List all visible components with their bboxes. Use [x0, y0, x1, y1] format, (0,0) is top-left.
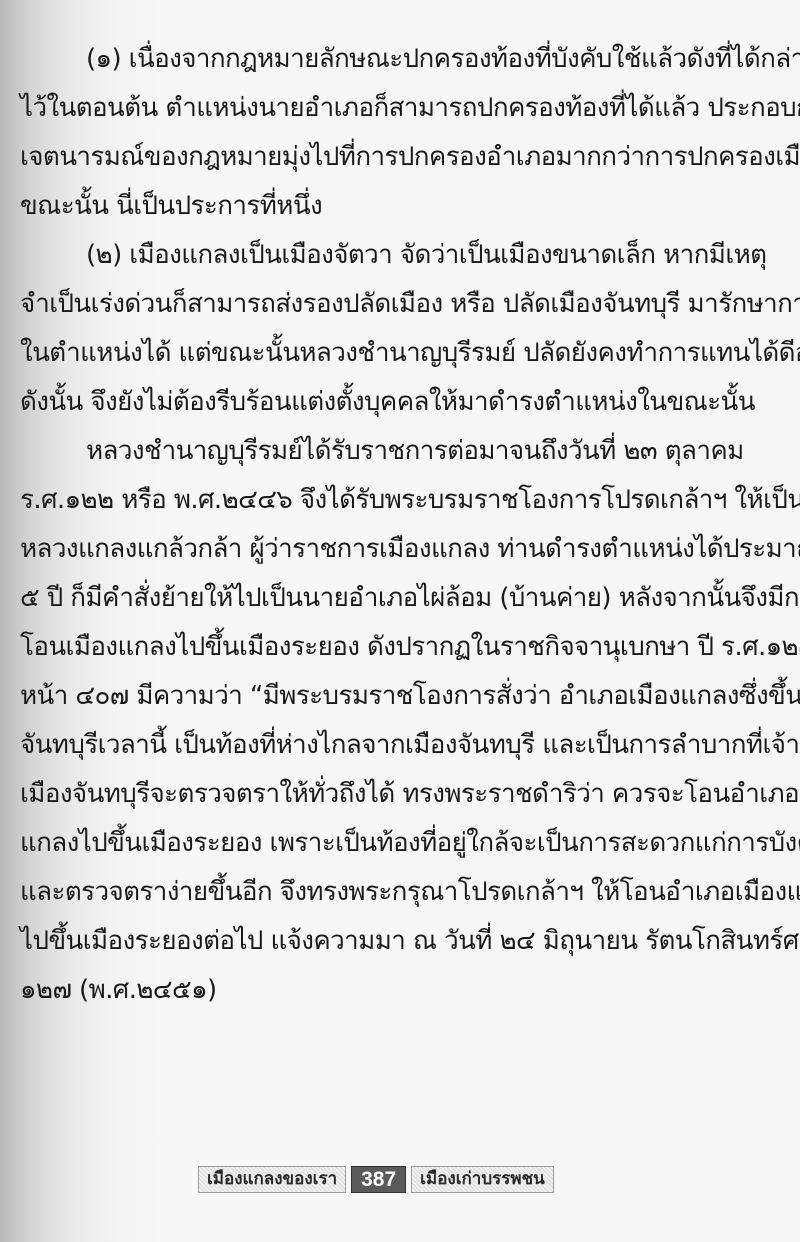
text-line: หลวงชำนาญบุรีรมย์ได้รับราชการต่อมาจนถึงว…: [0, 427, 800, 476]
text-line: โอนเมืองแกลงไปขึ้นเมืองระยอง ดังปรากฏในร…: [0, 623, 800, 672]
text-line: ร.ศ.๑๒๒ หรือ พ.ศ.๒๔๔๖ จึงได้รับพระบรมราช…: [0, 476, 800, 525]
footer-chapter-title: เมืองเก่าบรรพชน: [411, 1166, 554, 1193]
text-line: ในตำแหน่งได้ แต่ขณะนั้นหลวงชำนาญบุรีรมย์…: [0, 329, 800, 378]
text-line: (๑) เนื่องจากกฎหมายลักษณะปกครองท้องที่บั…: [0, 35, 800, 84]
text-line: ไปขึ้นเมืองระยองต่อไป แจ้งความมา ณ วันที…: [0, 917, 800, 966]
text-line: เมืองจันทบุรีจะตรวจตราให้ทั่วถึงได้ ทรงพ…: [0, 770, 800, 819]
footer-book-title: เมืองแกลงของเรา: [198, 1166, 346, 1193]
text-line: ๕ ปี ก็มีคำสั่งย้ายให้ไปเป็นนายอำเภอไผ่ล…: [0, 574, 800, 623]
text-line: หลวงแกลงแกล้วกล้า ผู้ว่าราชการเมืองแกลง …: [0, 525, 800, 574]
text-line: ๑๒๗ (พ.ศ.๒๔๕๑): [0, 966, 800, 1015]
text-line: และตรวจตราง่ายขึ้นอีก จึงทรงพระกรุณาโปรด…: [0, 868, 800, 917]
text-line: เจตนารมณ์ของกฎหมายมุ่งไปที่การปกครองอำเภ…: [0, 133, 800, 182]
text-line: ดังนั้น จึงยังไม่ต้องรีบร้อนแต่งตั้งบุคค…: [0, 378, 800, 427]
text-line: แกลงไปขึ้นเมืองระยอง เพราะเป็นท้องที่อยู…: [0, 819, 800, 868]
text-line: จันทบุรีเวลานี้ เป็นท้องที่ห่างไกลจากเมื…: [0, 721, 800, 770]
text-line: จำเป็นเร่งด่วนก็สามารถส่งรองปลัดเมือง หร…: [0, 280, 800, 329]
text-line: ไว้ในตอนต้น ตำแหน่งนายอำเภอก็สามารถปกครอ…: [0, 84, 800, 133]
text-line: (๒) เมืองแกลงเป็นเมืองจัตวา จัดว่าเป็นเม…: [0, 231, 800, 280]
page-number: 387: [351, 1166, 406, 1193]
text-line: หน้า ๔๐๗ มีความว่า “มีพระบรมราชโองการสั่…: [0, 672, 800, 721]
text-line: ขณะนั้น นี่เป็นประการที่หนึ่ง: [0, 182, 800, 231]
page-footer: เมืองแกลงของเรา 387 เมืองเก่าบรรพชน: [198, 1166, 554, 1193]
